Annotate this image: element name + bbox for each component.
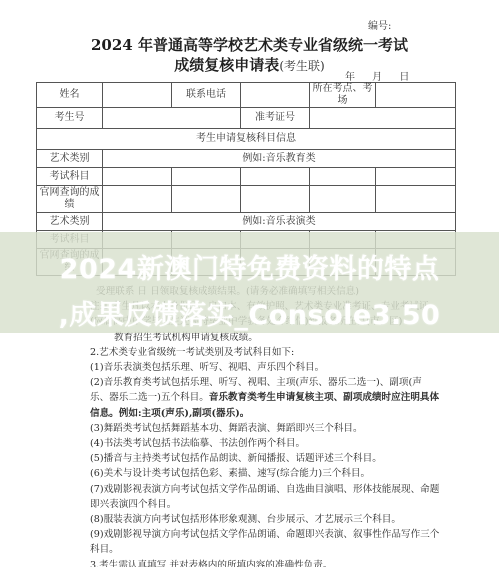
note-2-9: (9)戏剧影视导演方向考试包括文学作品朗诵、命题即兴表演、叙事性作品写作三个科目… [90, 527, 440, 557]
name-field[interactable] [103, 83, 172, 108]
scores-label-1: 官网查询的成绩 [37, 186, 103, 213]
note-2-4: (4)书法类考试包括书法临摹、书法创作两个科目。 [90, 436, 440, 451]
subject-cell[interactable] [376, 168, 456, 186]
note-2-5: (5)播音与主持类考试包括作品朗读、新闻播报、话题评述三个科目。 [90, 451, 440, 466]
subjects-label-1: 考试科目 [37, 168, 103, 186]
exam-site-field[interactable] [376, 83, 456, 108]
score-cell[interactable] [310, 186, 376, 213]
admission-no-label: 准考证号 [241, 108, 310, 129]
score-cell[interactable] [103, 186, 172, 213]
subject-cell[interactable] [103, 168, 172, 186]
document-title: 2024 年普通高等学校艺术类专业省级统一考试 [0, 34, 499, 55]
subtitle-suffix: (考生联) [279, 59, 324, 73]
note-2-8: (8)服装表演方向考试包括形体形象观测、台步展示、才艺展示三个科目。 [90, 512, 440, 527]
category-label-2: 艺术类别 [37, 213, 103, 231]
candidate-no-field[interactable] [103, 108, 241, 129]
subject-cell[interactable] [310, 168, 376, 186]
section-title: 考生申请复核科目信息 [37, 129, 456, 150]
note-2-3: (3)舞蹈类考试包括舞蹈基本功、舞蹈表演、舞蹈即兴三个科目。 [90, 421, 440, 436]
candidate-no-label: 考生号 [37, 108, 103, 129]
subject-cell[interactable] [172, 168, 241, 186]
admission-no-field[interactable] [310, 108, 456, 129]
phone-label: 联系电话 [172, 83, 241, 108]
note-2-7: (7)戏剧影视表演方向考试包括文学作品朗诵、自选曲目演唱、形体技能展现、命题即兴… [90, 482, 440, 512]
phone-field[interactable] [241, 83, 310, 108]
score-cell[interactable] [172, 186, 241, 213]
note-2-1: (1)音乐表演类包括乐理、听写、视唱、声乐四个科目。 [90, 360, 440, 375]
document-subtitle: 成绩复核申请表(考生联) [0, 54, 499, 75]
subtitle-main: 成绩复核申请表 [174, 56, 279, 74]
category-value-1[interactable]: 例如:音乐教育类 [103, 150, 456, 168]
subject-cell[interactable] [241, 168, 310, 186]
note-2-6: (6)美术与设计类考试包括色彩、素描、速写(综合能力)三个科目。 [90, 466, 440, 481]
name-label: 姓名 [37, 83, 103, 108]
serial-number-label: 编号: [368, 17, 391, 32]
note-2-2: (2)音乐教育类考试包括乐理、听写、视唱、主项(声乐、器乐二选一)、副项(声乐、… [90, 375, 440, 421]
watermark-title-line1: 2024新澳门特免费资料的特点 [0, 247, 499, 286]
score-cell[interactable] [241, 186, 310, 213]
category-label-1: 艺术类别 [37, 150, 103, 168]
exam-site-label: 所在考点、考场 [310, 83, 376, 108]
category-value-2[interactable]: 例如:音乐表演类 [103, 213, 456, 231]
note-2: 2.艺术类专业省级统一考试类别及考试科目如下: [90, 345, 440, 360]
date-label: 年 月 日 [345, 68, 409, 83]
watermark-title-line2: ,成果反馈落实_Console3.50 [0, 293, 499, 332]
note-3: 3.考生需认真填写,并对表格内的所填内容的准确性负责。 [90, 558, 440, 567]
score-cell[interactable] [376, 186, 456, 213]
